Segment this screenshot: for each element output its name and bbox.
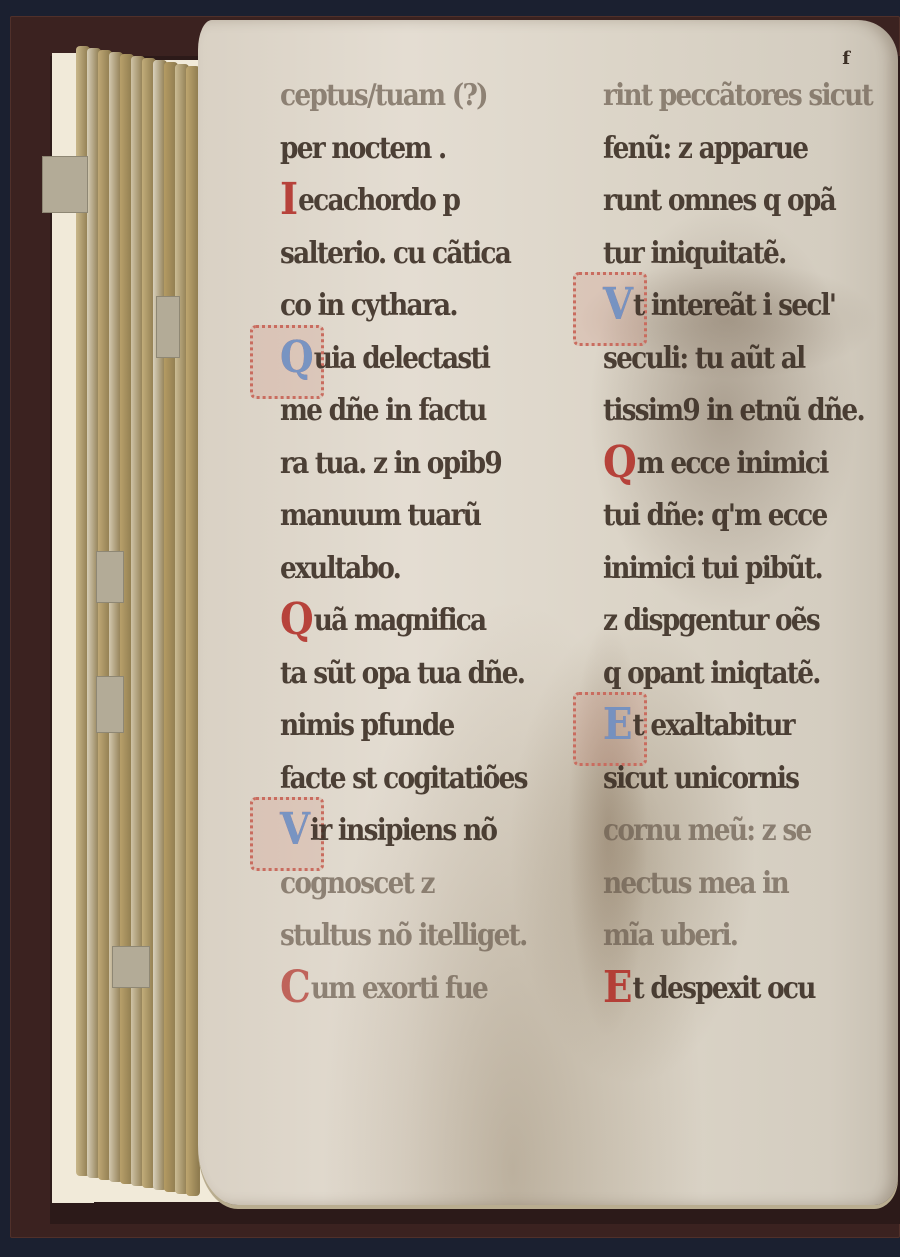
rubric-initial: I <box>280 178 296 222</box>
line-text: cognoscet z <box>280 866 434 901</box>
page-stack <box>76 26 206 1206</box>
rubric-initial: Q <box>603 441 635 485</box>
line-text: rint peccãtores sicut <box>603 78 872 113</box>
manuscript-line: me dñe in factu <box>280 385 535 438</box>
line-text: exultabo. <box>280 551 400 586</box>
manuscript-line: seculi: tu aũt al <box>603 333 832 386</box>
manuscript-line: tissim9 in etnũ dñe. <box>603 385 832 438</box>
line-text: ir insipiens nõ <box>310 813 496 848</box>
decorated-initial: Q <box>280 336 312 380</box>
manuscript-line: Qm ecce inimici <box>603 438 832 491</box>
line-text: stultus nõ itelliget. <box>280 918 527 953</box>
line-text: mĩa uberi. <box>603 918 737 953</box>
parchment-tab <box>96 676 124 733</box>
line-text: t exaltabitur <box>633 708 794 743</box>
manuscript-line: Et despexit ocu <box>603 963 832 1016</box>
line-text: ra tua. z in opib9 <box>280 446 501 481</box>
manuscript-line: inimici tui pibũt. <box>603 543 832 596</box>
line-text: m ecce inimici <box>637 446 828 481</box>
manuscript-line: Et exaltabitur <box>603 700 832 753</box>
line-text: sicut unicornis <box>603 761 798 796</box>
manuscript-line: ra tua. z in opib9 <box>280 438 535 491</box>
line-text: uã magnifica <box>314 603 486 638</box>
manuscript-line: ceptus/tuam (?) <box>280 70 535 123</box>
line-text: me dñe in factu <box>280 393 486 428</box>
manuscript-line: tui dñe: q'm ecce <box>603 490 832 543</box>
text-column-left: ceptus/tuam (?)per noctem .Iecachordo ps… <box>280 70 570 1015</box>
line-text: salterio. cu cãtica <box>280 236 510 271</box>
line-text: ecachordo p <box>298 183 459 218</box>
rubric-initial: E <box>603 966 631 1010</box>
manuscript-line: nectus mea in <box>603 858 832 911</box>
manuscript-line: cognoscet z <box>280 858 535 911</box>
line-text: tur iniquitatẽ. <box>603 236 786 271</box>
line-text: uia delectasti <box>314 341 489 376</box>
line-text: runt omnes q opã <box>603 183 835 218</box>
decorated-initial: E <box>603 703 631 747</box>
manuscript-line: fenũ: z apparue <box>603 123 832 176</box>
decorated-initial: V <box>603 283 631 327</box>
folio-mark: f <box>842 48 850 69</box>
manuscript-line: stultus nõ itelliget. <box>280 910 535 963</box>
parchment-tab <box>42 156 88 213</box>
manuscript-line: cornu meũ: z se <box>603 805 832 858</box>
line-text: nimis pfunde <box>280 708 454 743</box>
manuscript-line: runt omnes q opã <box>603 175 832 228</box>
manuscript-line: Vir insipiens nõ <box>280 805 535 858</box>
rubric-initial: C <box>280 966 309 1010</box>
manuscript-line: nimis pfunde <box>280 700 535 753</box>
parchment-tab <box>112 946 150 988</box>
line-text: nectus mea in <box>603 866 788 901</box>
manuscript-line: Iecachordo p <box>280 175 535 228</box>
line-text: um exorti fue <box>311 971 487 1006</box>
manuscript-line: exultabo. <box>280 543 535 596</box>
line-text: facte st cogitatiões <box>280 761 527 796</box>
manuscript-line: per noctem . <box>280 123 535 176</box>
parchment-tab <box>156 296 180 358</box>
line-text: co in cythara. <box>280 288 457 323</box>
text-column-right: rint peccãtores sicutfenũ: z apparuerunt… <box>603 70 863 1015</box>
line-text: q opant iniqtatẽ. <box>603 656 820 691</box>
line-text: t intereãt i secl' <box>633 288 835 323</box>
manuscript-line: Cum exorti fue <box>280 963 535 1016</box>
line-text: tui dñe: q'm ecce <box>603 498 826 533</box>
parchment-tab <box>96 551 124 603</box>
decorated-initial: V <box>280 808 308 852</box>
line-text: cornu meũ: z se <box>603 813 810 848</box>
manuscript-line: mĩa uberi. <box>603 910 832 963</box>
manuscript-line: Quia delectasti <box>280 333 535 386</box>
line-text: z dispgentur oẽs <box>603 603 819 638</box>
manuscript-line: Quã magnifica <box>280 595 535 648</box>
manuscript-line: Vt intereãt i secl' <box>603 280 832 333</box>
line-text: manuum tuarũ <box>280 498 480 533</box>
manuscript-line: rint peccãtores sicut <box>603 70 832 123</box>
line-text: inimici tui pibũt. <box>603 551 822 586</box>
line-text: tissim9 in etnũ dñe. <box>603 393 864 428</box>
line-text: seculi: tu aũt al <box>603 341 804 376</box>
line-text: t despexit ocu <box>633 971 815 1006</box>
manuscript-line: manuum tuarũ <box>280 490 535 543</box>
line-text: per noctem . <box>280 131 445 166</box>
line-text: ceptus/tuam (?) <box>280 78 487 113</box>
manuscript-line: sicut unicornis <box>603 753 832 806</box>
manuscript-line: salterio. cu cãtica <box>280 228 535 281</box>
line-text: ta sũt opa tua dñe. <box>280 656 524 691</box>
line-text: fenũ: z apparue <box>603 131 807 166</box>
manuscript-line: ta sũt opa tua dñe. <box>280 648 535 701</box>
rubric-initial: Q <box>280 598 312 642</box>
manuscript-folio: f ceptus/tuam (?)per noctem .Iecachordo … <box>198 20 898 1205</box>
manuscript-line: z dispgentur oẽs <box>603 595 832 648</box>
